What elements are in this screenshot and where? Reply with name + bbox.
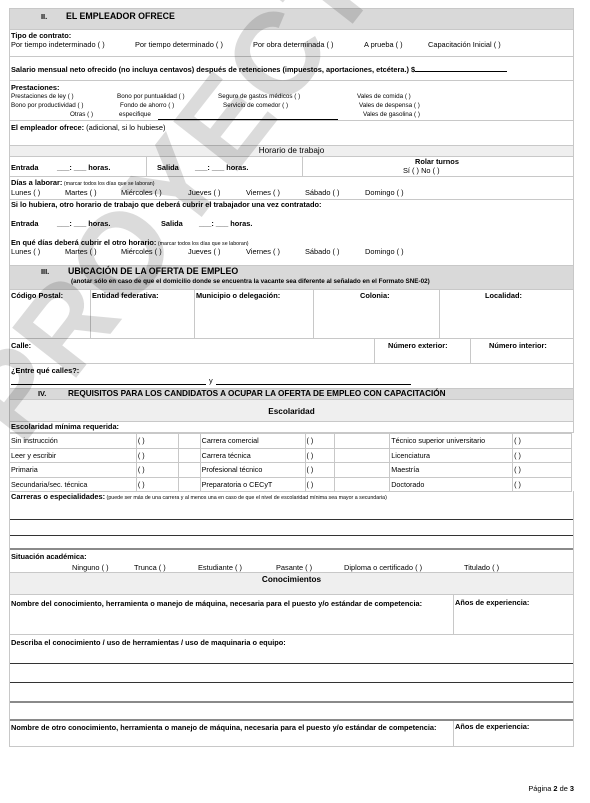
status-option[interactable]: Estudiante ( ) [198,564,242,572]
day-option[interactable]: Sábado ( ) [305,189,340,197]
contract-option[interactable]: A prueba ( ) [364,41,403,49]
education-row: Secundaria/sec. técnica( )Preparatoria o… [10,477,572,492]
careers-row: Carreras o especialidades: (puede ser má… [9,491,574,549]
careers-line-2[interactable] [10,535,573,536]
contract-option[interactable]: Por obra determinada ( ) [253,41,334,49]
careers-title: Carreras o especialidades: [11,492,105,501]
employer-offers-row: El empleador ofrece: (adicional, si lo h… [9,121,574,146]
int-number-field[interactable]: Número interior: [489,342,547,350]
section-3-note: (anotar sólo en caso de que el domicilio… [71,279,430,286]
alt-day-option[interactable]: Sábado ( ) [305,248,340,256]
benefit-option[interactable]: Fondo de ahorro ( ) [120,103,174,110]
education-level: Leer y escribir [10,448,137,463]
alt-entry-time-input[interactable]: ___: ___ horas. [57,220,110,228]
benefit-option[interactable]: Seguro de gastos médicos ( ) [218,94,300,101]
knowledge-describe-label: Describa el conocimiento / uso de herram… [11,639,286,647]
rotate-shifts-label: Rolar turnos [415,158,459,166]
day-option[interactable]: Miércoles ( ) [121,189,162,197]
careers-label: Carreras o especialidades: (puede ser má… [11,493,387,502]
education-level: Licenciatura [390,448,513,463]
state-field[interactable]: Entidad federativa: [92,292,159,300]
page-mid: de [558,784,570,793]
divider [146,157,147,176]
careers-hint: (puede ser más de una carrera y al menos… [105,495,387,501]
other-knowledge-row: Nombre de otro conocimiento, herramienta… [9,721,574,747]
benefit-option-other[interactable]: Otras ( ) [70,112,93,119]
knowledge-years-field[interactable]: Años de experiencia: [455,599,529,607]
employer-offers-hint: (adicional, si lo hubiese) [84,123,165,132]
other-knowledge-field[interactable]: Nombre de otro conocimiento, herramienta… [11,723,441,733]
exit-label: Salida [157,164,179,172]
benefit-option[interactable]: Vales de gasolina ( ) [363,112,420,119]
work-days-row: Días a laborar: (marcar todos los días q… [9,177,574,200]
alt-days-title: En qué días deberá cubrir el otro horari… [11,238,156,247]
education-table: Sin instrucción( )Carrera comercial( )Té… [9,433,572,492]
contract-option[interactable]: Capacitación Inicial ( ) [428,41,501,49]
section-2-header: II. EL EMPLEADOR OFRECE [9,8,574,30]
employer-offers-title: El empleador ofrece: [11,123,84,132]
divider [453,595,454,634]
alt-day-option[interactable]: Domingo ( ) [365,248,404,256]
academic-status-label: Situación académica: [11,553,87,561]
work-days-hint: (marcar todos los días que se laboran) [62,181,154,187]
benefit-option[interactable]: Prestaciones de ley ( ) [11,94,74,101]
education-level: Profesional técnico [200,463,305,478]
salary-input[interactable] [415,64,507,72]
spacer-cell [178,448,200,463]
section-3-numeral: III. [41,268,49,276]
schedule-time-row: Entrada ___: ___ horas. Salida ___: ___ … [9,157,574,177]
education-checkbox[interactable]: ( ) [136,434,178,449]
postal-code-field[interactable]: Código Postal: [11,292,63,300]
section-4-header: IV. REQUISITOS PARA LOS CANDIDATOS A OCU… [9,388,574,400]
salary-row: Salario mensual neto ofrecido (no incluy… [9,57,574,81]
benefit-option[interactable]: Vales de comida ( ) [357,94,411,101]
rotate-shifts-options[interactable]: Sí ( ) No ( ) [403,167,440,175]
education-checkbox[interactable]: ( ) [513,477,572,492]
section-4-title: REQUISITOS PARA LOS CANDIDATOS A OCUPAR … [68,389,446,398]
divider [302,157,303,176]
entry-label: Entrada [11,164,39,172]
education-level: Maestría [390,463,513,478]
benefit-option[interactable]: Bono por puntualidad ( ) [117,94,185,101]
between-streets-label: ¿Entre qué calles?: [11,367,79,375]
ext-number-field[interactable]: Número exterior: [388,342,448,350]
benefit-option[interactable]: Servicio de comedor ( ) [223,103,288,110]
address-row-2: Calle: Número exterior: Número interior: [9,339,574,364]
alt-day-option[interactable]: Jueves ( ) [188,248,220,256]
salary-label-text: Salario mensual neto ofrecido (no incluy… [11,65,415,74]
divider [470,339,471,363]
education-checkbox[interactable]: ( ) [513,434,572,449]
benefits-row: Prestaciones: Prestaciones de ley ( ) Bo… [9,81,574,121]
day-option[interactable]: Viernes ( ) [246,189,280,197]
spacer-cell [178,434,200,449]
day-option[interactable]: Lunes ( ) [11,189,40,197]
education-header: Escolaridad [9,400,574,422]
education-checkbox[interactable]: ( ) [305,463,335,478]
and-label: y [209,377,213,385]
status-option[interactable]: Trunca ( ) [134,564,166,572]
education-row: Primaria( )Profesional técnico( )Maestrí… [10,463,572,478]
benefit-option[interactable]: Bono por productividad ( ) [11,103,83,110]
describe-line-3[interactable] [10,701,573,703]
knowledge-name-row: Nombre del conocimiento, herramienta o m… [9,595,574,635]
work-days-label: Días a laborar: (marcar todos los días q… [11,179,155,188]
day-option[interactable]: Jueves ( ) [188,189,220,197]
benefits-label: Prestaciones: [11,84,59,92]
spacer-cell [335,448,390,463]
other-knowledge-years-field[interactable]: Años de experiencia: [455,723,529,731]
municipality-field[interactable]: Municipio o delegación: [196,292,280,300]
status-option[interactable]: Titulado ( ) [464,564,499,572]
describe-line-2[interactable] [10,682,573,683]
careers-line-1[interactable] [10,519,573,520]
academic-status-row: Situación académica: Ninguno ( ) Trunca … [9,549,574,573]
education-level: Secundaria/sec. técnica [10,477,137,492]
street-1-input[interactable] [11,384,206,385]
employer-offers-label: El empleador ofrece: (adicional, si lo h… [11,124,165,132]
knowledge-name-field[interactable]: Nombre del conocimiento, herramienta o m… [11,599,441,609]
describe-line-1[interactable] [10,663,573,664]
education-checkbox[interactable]: ( ) [513,448,572,463]
benefit-specify-label: especifique [119,112,151,119]
education-level: Sin instrucción [10,434,137,449]
alt-entry-label: Entrada [11,220,39,228]
alt-exit-time-input[interactable]: ___: ___ horas. [199,220,252,228]
page-total: 3 [570,784,574,793]
alt-day-option[interactable]: Lunes ( ) [11,248,40,256]
schedule-header: Horario de trabajo [9,146,574,157]
day-option[interactable]: Martes ( ) [65,189,97,197]
alt-exit-label: Salida [161,220,183,228]
divider [313,290,314,338]
status-option[interactable]: Diploma o certificado ( ) [344,564,422,572]
page-number: Página 2 de 3 [528,784,574,793]
address-row-1: Código Postal: Entidad federativa: Munic… [9,290,574,339]
section-2-title: EL EMPLEADOR OFRECE [66,12,175,22]
work-days-title: Días a laborar: [11,178,62,187]
education-table-wrap: Sin instrucción( )Carrera comercial( )Té… [9,433,574,491]
colony-field[interactable]: Colonia: [360,292,390,300]
street-2-input[interactable] [216,384,411,385]
divider [194,290,195,338]
knowledge-title: Conocimientos [10,575,573,584]
street-field[interactable]: Calle: [11,342,31,350]
benefit-option[interactable]: Vales de despensa ( ) [359,103,420,110]
min-education-row: Escolaridad mínima requerida: [9,422,574,433]
divider [439,290,440,338]
knowledge-header: Conocimientos [9,573,574,595]
education-checkbox[interactable]: ( ) [305,434,335,449]
education-level: Técnico superior universitario [390,434,513,449]
education-checkbox[interactable]: ( ) [305,477,335,492]
education-row: Leer y escribir( )Carrera técnica( )Lice… [10,448,572,463]
contract-option[interactable]: Por tiempo indeterminado ( ) [11,41,105,49]
page-prefix: Página [528,784,553,793]
education-row: Sin instrucción( )Carrera comercial( )Té… [10,434,572,449]
between-streets-row: ¿Entre qué calles?: y [9,364,574,388]
salary-label: Salario mensual neto ofrecido (no incluy… [11,64,507,74]
education-checkbox[interactable]: ( ) [305,448,335,463]
day-option[interactable]: Domingo ( ) [365,189,404,197]
schedule-title: Horario de trabajo [10,146,573,155]
benefit-specify-input[interactable] [158,119,338,120]
divider [453,721,454,746]
section-3-header: III. UBICACIÓN DE LA OFERTA DE EMPLEO (a… [9,266,574,290]
contract-type-row: Tipo de contrato: Por tiempo indetermina… [9,30,574,57]
spacer-cell [335,463,390,478]
education-level: Carrera comercial [200,434,305,449]
section-3-title: UBICACIÓN DE LA OFERTA DE EMPLEO [68,267,238,277]
education-checkbox[interactable]: ( ) [136,477,178,492]
locality-field[interactable]: Localidad: [485,292,522,300]
education-level: Carrera técnica [200,448,305,463]
status-option[interactable]: Pasante ( ) [276,564,312,572]
divider [90,290,91,338]
education-level: Doctorado [390,477,513,492]
section-4-numeral: IV. [38,390,46,398]
contract-type-label: Tipo de contrato: [11,32,71,40]
section-2-numeral: II. [41,13,47,21]
education-level: Preparatoria o CECyT [200,477,305,492]
spacer-cell [178,463,200,478]
exit-time-input[interactable]: ___: ___ horas. [195,164,248,172]
alt-schedule-label: Si lo hubiera, otro horario de trabajo q… [11,201,321,209]
status-option[interactable]: Ninguno ( ) [72,564,109,572]
education-title: Escolaridad [10,407,573,416]
entry-time-input[interactable]: ___: ___ horas. [57,164,110,172]
education-checkbox[interactable]: ( ) [136,463,178,478]
contract-option[interactable]: Por tiempo determinado ( ) [135,41,223,49]
knowledge-describe-row: Describa el conocimiento / uso de herram… [9,635,574,721]
education-checkbox[interactable]: ( ) [136,448,178,463]
alt-schedule-row: Si lo hubiera, otro horario de trabajo q… [9,200,574,266]
min-education-label: Escolaridad mínima requerida: [11,423,119,431]
education-checkbox[interactable]: ( ) [513,463,572,478]
divider [374,339,375,363]
spacer-cell [335,434,390,449]
alt-day-option[interactable]: Viernes ( ) [246,248,280,256]
spacer-cell [335,477,390,492]
education-level: Primaria [10,463,137,478]
alt-day-option[interactable]: Miércoles ( ) [121,248,162,256]
spacer-cell [178,477,200,492]
alt-day-option[interactable]: Martes ( ) [65,248,97,256]
